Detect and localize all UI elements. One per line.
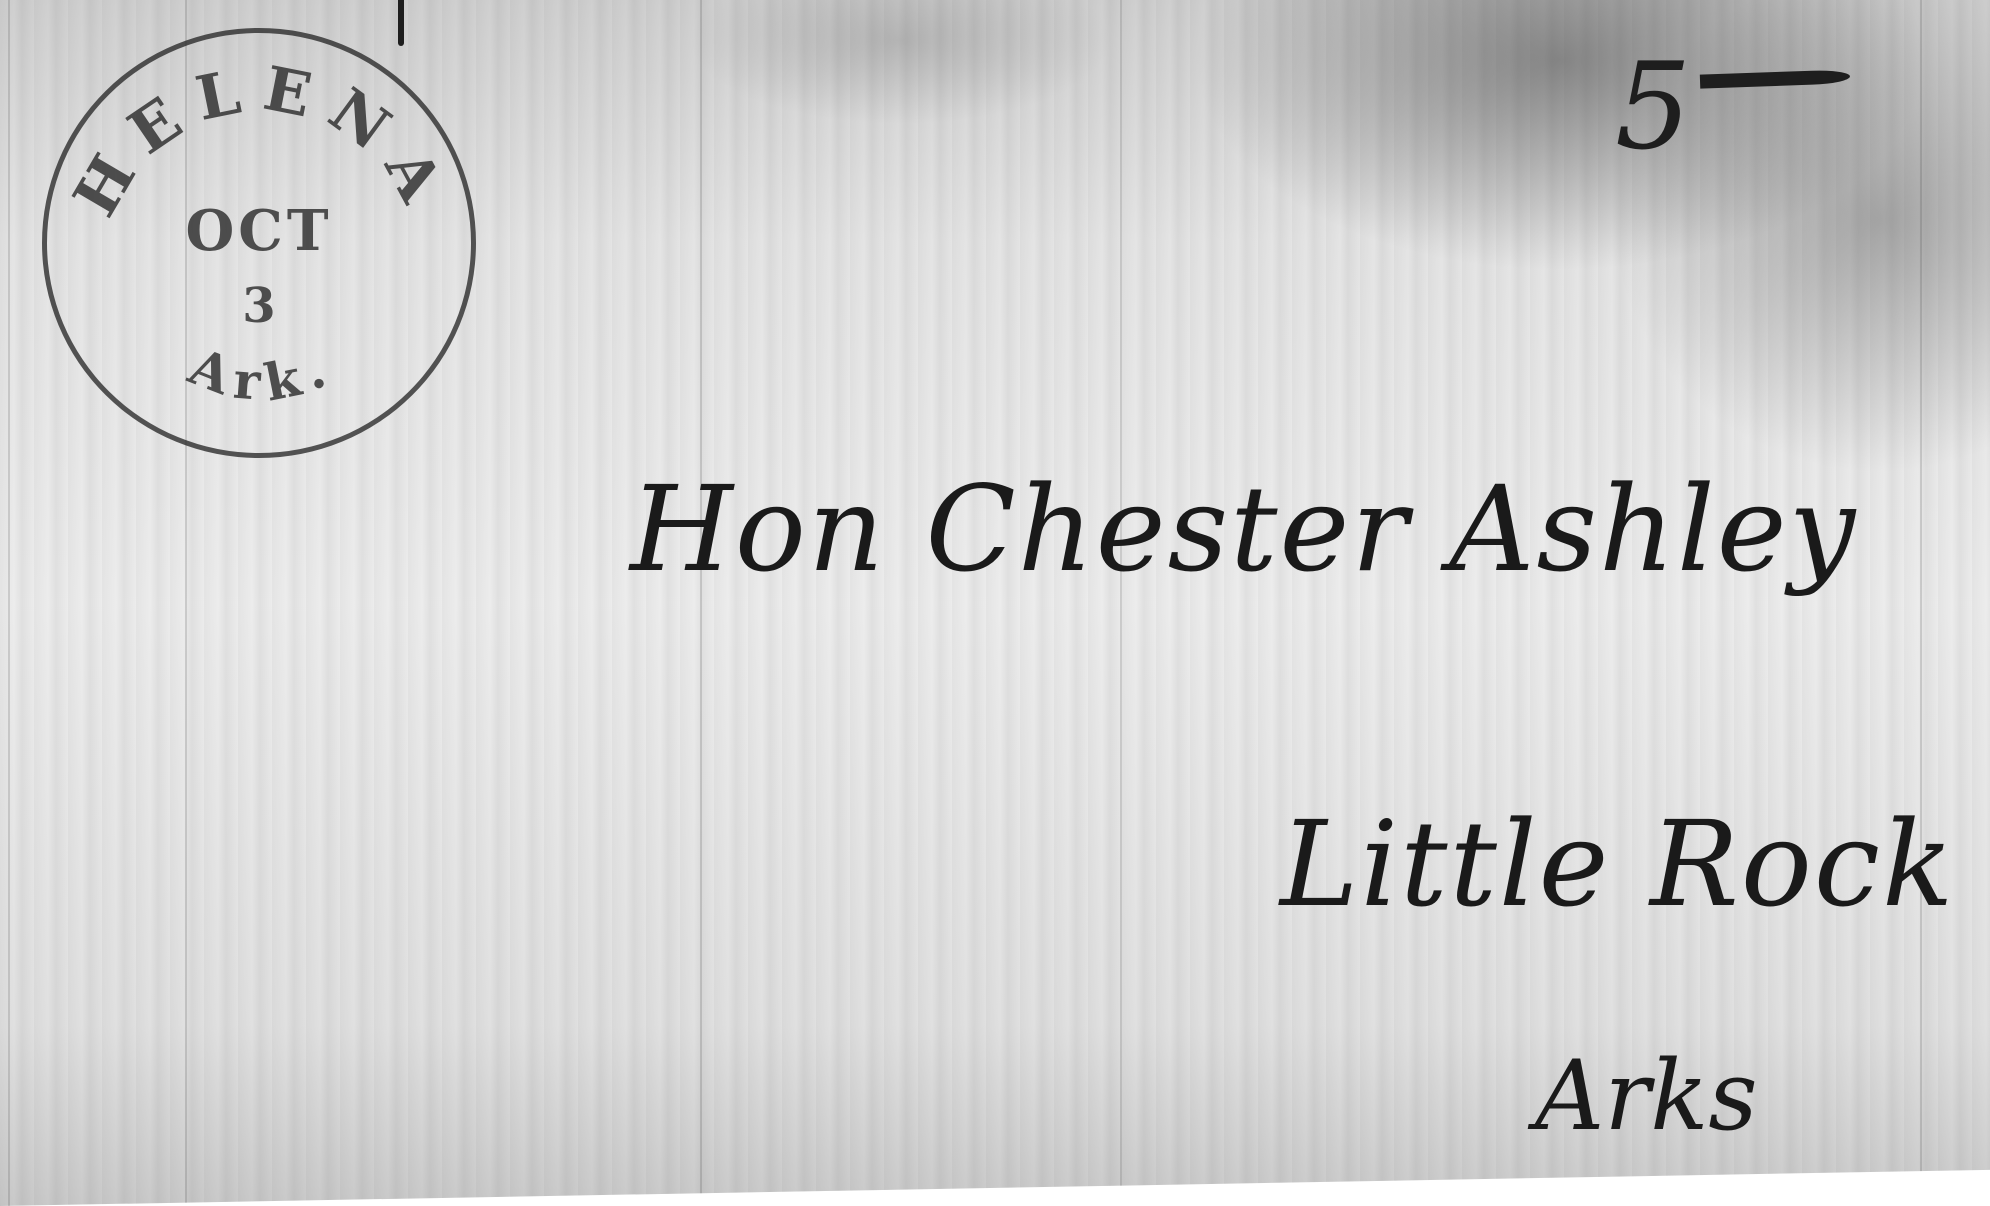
- addressee-name: Hon Chester Ashley: [630, 460, 1857, 598]
- fold-line: [1120, 0, 1122, 1206]
- fold-line: [700, 0, 702, 1206]
- postmark-state: Ark.: [180, 335, 342, 412]
- rate-dash-mark: [1700, 69, 1850, 88]
- postmark: HELENA Ark. OCT 3: [42, 28, 476, 458]
- rate-marking: 5: [1615, 48, 1691, 168]
- svg-text:Ark.: Ark.: [180, 335, 342, 412]
- address-state: Arks: [1535, 1040, 1758, 1152]
- postmark-month: OCT: [47, 198, 471, 264]
- envelope-paper: HELENA Ark. OCT 3 5 Hon Chester Ashley L…: [0, 0, 1990, 1206]
- fold-line: [8, 0, 10, 1206]
- address-city: Little Rock: [1280, 795, 1956, 933]
- postmark-day: 3: [47, 278, 471, 334]
- fold-line: [1920, 0, 1922, 1206]
